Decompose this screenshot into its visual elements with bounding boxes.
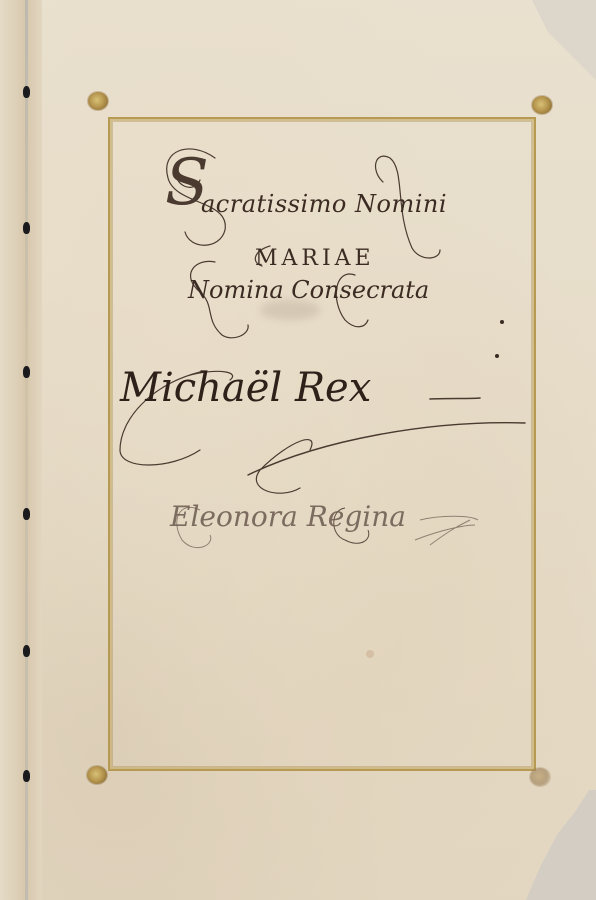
calligraphic-flourishes [0, 0, 596, 900]
dedication-line-3: Nomina Consecrata [188, 276, 429, 304]
signature-michael-rex: Michaël Rex [120, 365, 371, 411]
manuscript-page: S acratissimo Nomini MARIAE Nomina Conse… [0, 0, 596, 900]
dedication-line-2: MARIAE [255, 246, 375, 271]
dedication-line-1: S acratissimo Nomini [165, 190, 447, 218]
decorated-initial: S [165, 146, 209, 220]
dedication-line-1-text: acratissimo Nomini [201, 190, 447, 218]
signature-eleonora-regina: Eleonora Regina [170, 500, 406, 533]
